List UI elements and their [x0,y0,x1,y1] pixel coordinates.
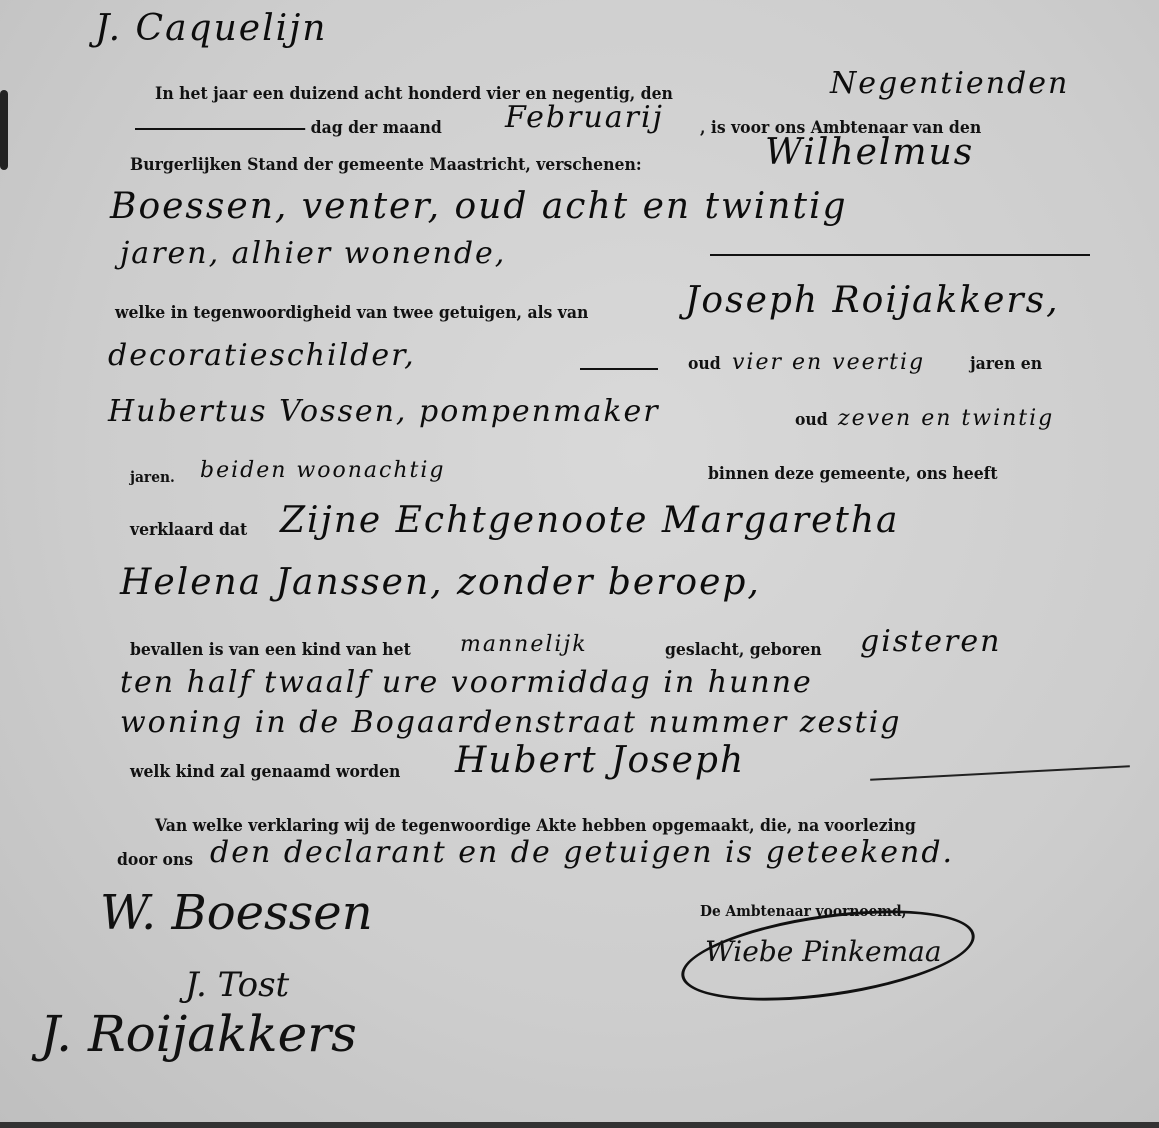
declaration-printed-2: bevallen is van een kind van het [130,640,411,660]
witness1-name: Joseph Roijakkers, [685,280,1060,321]
closing-signed: den declarant en de getuigen is geteeken… [210,835,954,870]
born-when: gisteren [860,624,1001,659]
printed-oud: oud [688,354,721,374]
closing-printed-2: door ons [117,850,193,870]
declarant-residence: jaren, alhier wonende, [120,236,506,271]
header-signature: J. Caquelijn [95,8,327,49]
child-name: Hubert Joseph [455,740,745,781]
child-sex: mannelijk [460,632,588,657]
intro-month: Februarij [505,100,664,135]
declarant-details: Boessen, venter, oud acht en twintig [110,186,848,227]
witness1-age: vier en veertig [732,350,925,375]
fill-rule-3 [870,765,1130,781]
mother-line-1: Zijne Echtgenoote Margaretha [280,500,899,541]
born-time-place: ten half twaalf ure voormiddag in hunne [120,665,813,700]
fill-rule [710,254,1090,256]
witness1-occupation: decoratieschilder, [108,338,416,373]
signature-witness-a: J. Tost [185,965,289,1005]
mother-line-2: Helena Janssen, zonder beroep, [120,562,761,603]
witness-residence: beiden woonachtig [200,458,445,483]
intro-day: Negentienden [830,66,1069,101]
fill-rule-2 [580,368,658,370]
declarant-first-name: Wilhelmus [765,132,974,173]
witness-printed-2: binnen deze gemeente, ons heeft [708,464,998,484]
intro-printed-2: dag der maand [311,118,442,138]
page-bottom-edge [0,1122,1159,1128]
signature-declarant: W. Boessen [100,885,373,941]
blank-rule [135,128,305,130]
born-address: woning in de Bogaardenstraat nummer zest… [120,705,902,740]
printed-jaren-en: jaren en [970,354,1042,374]
witness2-age: zeven en twintig [838,406,1054,431]
signature-official: Wiebe Pinkemaa [705,935,942,968]
intro-printed-4: Burgerlijken Stand der gemeente Maastric… [130,155,642,175]
page-edge-shadow [0,90,8,170]
closing-printed-1: Van welke verklaring wij de tegenwoordig… [155,816,916,836]
intro-line2: dag der maand [135,118,442,138]
witness2: Hubertus Vossen, pompenmaker [108,394,660,429]
document-page: J. Caquelijn In het jaar een duizend ach… [0,0,1159,1128]
witness-printed-1: welke in tegenwoordigheid van twee getui… [115,303,588,323]
declaration-printed-1: verklaard dat [130,520,247,540]
signature-witness-b: J. Roijakkers [40,1005,357,1063]
declaration-printed-4: welk kind zal genaamd worden [130,762,400,782]
declaration-printed-3: geslacht, geboren [665,640,822,660]
printed-oud-2: oud [795,410,828,430]
printed-jaren: jaren. [130,468,175,486]
